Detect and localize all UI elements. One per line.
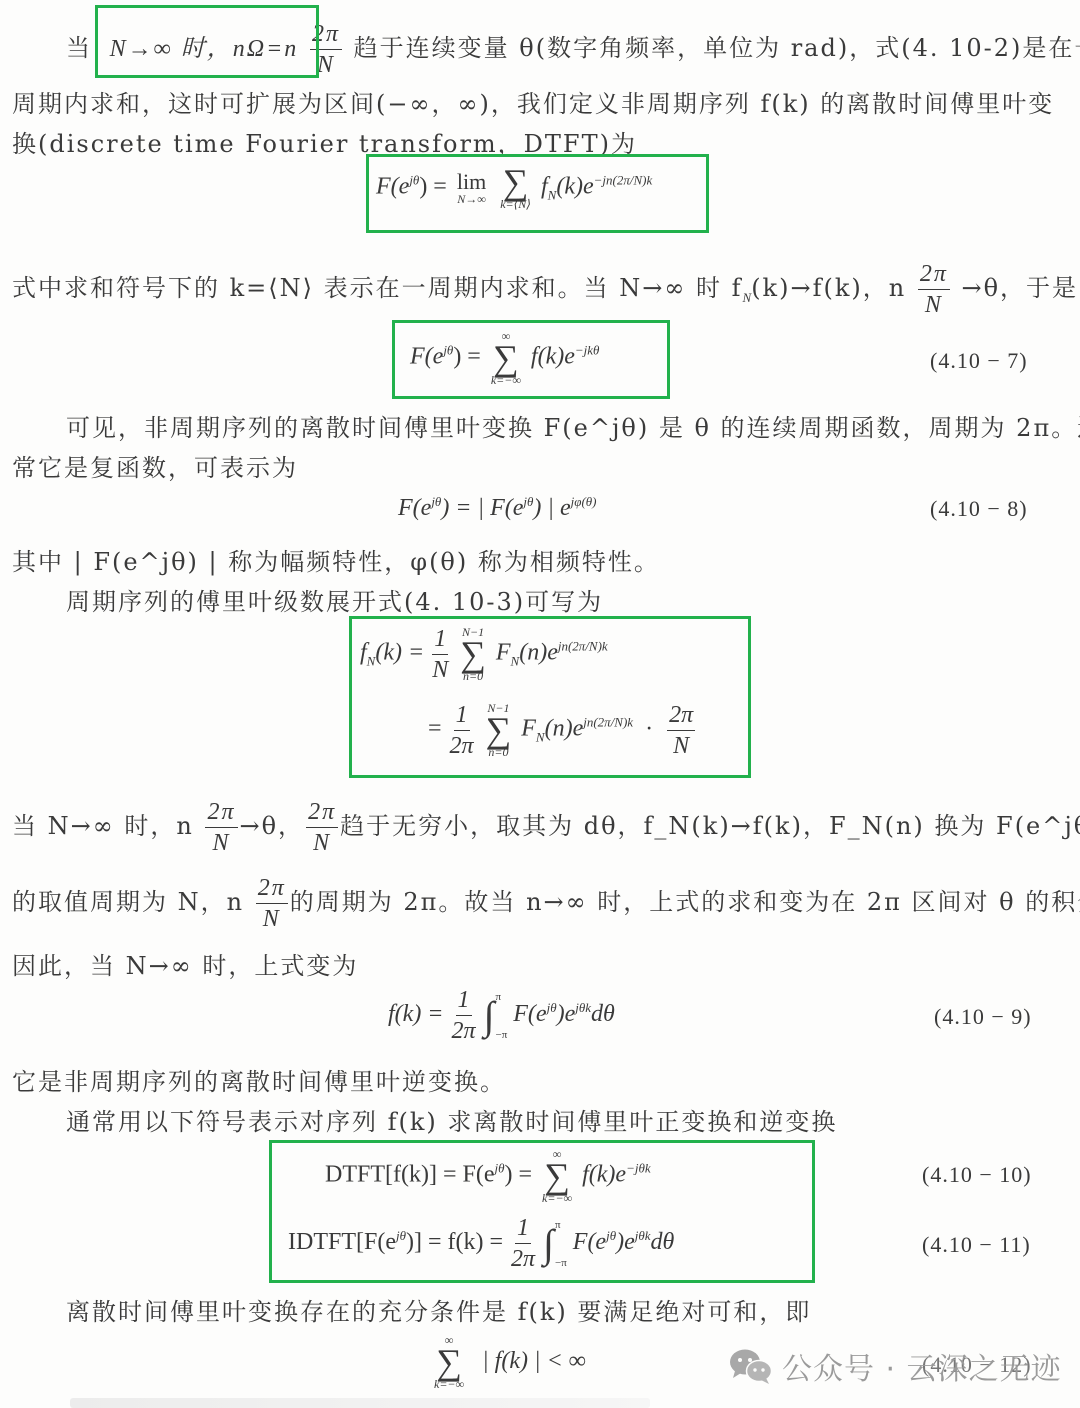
paragraph-5: 可见，非周期序列的离散时间傅里叶变换 F(e^jθ) 是 θ 的连续周期函数，周…: [66, 408, 1080, 443]
equation-fourier-series-line1: fN(k) = 1 N N−1 ∑ n=0 FN(n)ejn(2π/N)k: [360, 626, 608, 682]
sum-operator: N−1 ∑ n=0: [486, 702, 512, 758]
equation-4-10-7: F(ejθ) = ∞ ∑ k=−∞ f(k)e−jkθ: [410, 330, 599, 386]
paragraph-6: 常它是复函数，可表示为: [12, 448, 298, 483]
paragraph-14: 离散时间傅里叶变换存在的充分条件是 f(k) 要满足绝对可和，即: [66, 1292, 811, 1327]
fraction: 2π N: [205, 800, 237, 855]
watermark: 公众号 · 云深之无迹: [728, 1344, 1062, 1388]
fraction: 1 2π: [452, 988, 476, 1043]
equation-4-10-9: f(k) = 1 2π ∫ π−π F(ejθ)ejθkdθ: [388, 988, 615, 1043]
fraction: 2π N: [918, 262, 950, 317]
equation-number: (4.10 − 7): [930, 348, 1028, 374]
fraction: 1 2π: [450, 703, 474, 758]
fraction: 1 2π: [511, 1216, 535, 1271]
highlight-box: [95, 5, 319, 78]
equation-4-10-12: ∞ ∑ k=−∞ | f(k) | < ∞: [430, 1334, 586, 1390]
paragraph-11: 因此，当 N→∞ 时，上式变为: [12, 946, 358, 981]
equation-number: (4.10 − 8): [930, 496, 1028, 522]
equation-4-10-10: DTFT[f(k)] = F(ejθ) = ∞ ∑ k=−∞ f(k)e−jθk: [325, 1148, 651, 1204]
integral-operator: ∫ π−π: [484, 991, 508, 1041]
fraction: 2π N: [306, 800, 338, 855]
equation-dtft-limit: F(ejθ) = lim N→∞ ∑ k=⟨N⟩ fN(k)e−jn(2π/N)…: [376, 166, 652, 210]
sum-operator: ∞ ∑ k=−∞: [434, 1334, 464, 1390]
paragraph-13: 通常用以下符号表示对序列 f(k) 求离散时间傅里叶正变换和逆变换: [66, 1102, 837, 1137]
fraction: 1 N: [432, 627, 448, 682]
paragraph-9: 当 N→∞ 时，n 2π N →θ， 2π N 趋于无穷小，取其为 dθ，f_N…: [12, 800, 1080, 855]
text: 当: [66, 34, 92, 62]
paragraph-2: 周期内求和，这时可扩展为区间(−∞，∞)，我们定义非周期序列 f(k) 的离散时…: [12, 84, 1054, 119]
equation-4-10-8: F(ejθ) = | F(ejθ) | ejφ(θ): [398, 494, 597, 522]
integral-operator: ∫ π−π: [543, 1219, 567, 1269]
paragraph-7: 其中 | F(e^jθ) | 称为幅频特性，φ(θ) 称为相频特性。: [12, 542, 660, 577]
equation-fourier-series-line2: = 1 2π N−1 ∑ n=0 FN(n)ejn(2π/N)k · 2π N: [428, 702, 697, 758]
equation-number: (4.10 − 10): [922, 1162, 1032, 1188]
sum-operator: ∑ k=⟨N⟩: [500, 166, 531, 210]
text: 趋于连续变量 θ(数字角频率，单位为 rad)，式(4. 10-2)是在一个: [354, 34, 1080, 62]
paragraph-10: 的取值周期为 N，n 2π N 的周期为 2π。故当 n→∞ 时，上式的求和变为…: [12, 876, 1080, 931]
wechat-icon: [728, 1347, 774, 1385]
paragraph-12: 它是非周期序列的离散时间傅里叶逆变换。: [12, 1062, 506, 1097]
fraction: 2π N: [667, 703, 695, 758]
sum-operator: N−1 ∑ n=0: [460, 626, 486, 682]
watermark-text: 公众号 · 云深之无迹: [782, 1344, 1062, 1388]
cut-off-text-line: [70, 1398, 650, 1408]
sum-operator: ∞ ∑ k=−∞: [542, 1148, 572, 1204]
paragraph-8: 周期序列的傅里叶级数展开式(4. 10-3)可写为: [66, 582, 603, 617]
limit-operator: lim N→∞: [457, 171, 486, 205]
paragraph-4: 式中求和符号下的 k=⟨N⟩ 表示在一周期内求和。当 N→∞ 时 fN(k)→f…: [12, 262, 1078, 317]
equation-4-10-11: IDTFT[F(ejθ)] = f(k) = 1 2π ∫ π−π F(ejθ)…: [288, 1216, 674, 1271]
sum-operator: ∞ ∑ k=−∞: [491, 330, 521, 386]
equation-number: (4.10 − 11): [922, 1232, 1031, 1258]
fraction: 2π N: [256, 876, 288, 931]
equation-number: (4.10 − 9): [934, 1004, 1032, 1030]
